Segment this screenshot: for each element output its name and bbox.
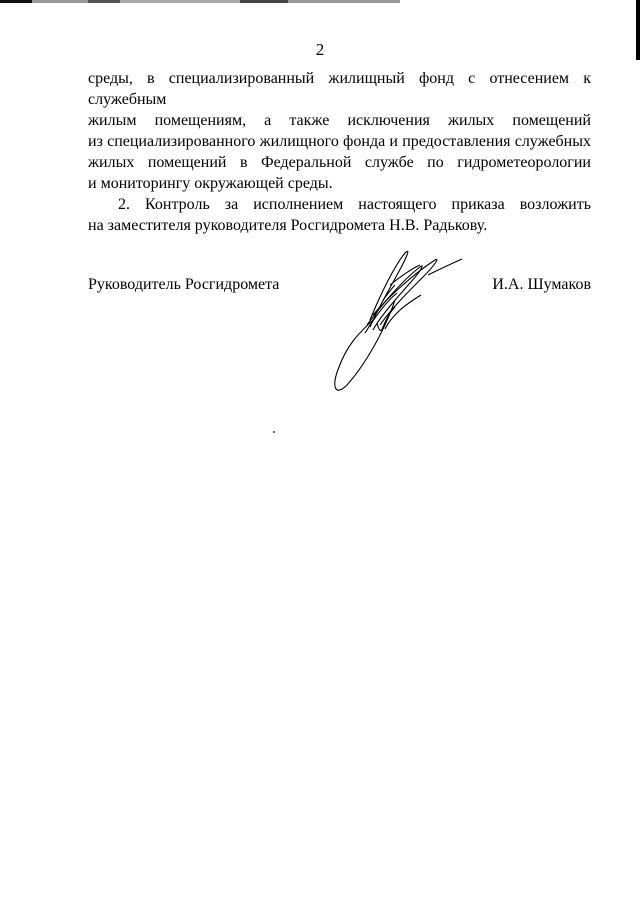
text-line: среды, в специализированный жилищный фон… [88,68,591,110]
text-line: и мониторингу окружающей среды. [88,173,591,194]
paragraph-item-2: 2. Контроль за исполнением настоящего пр… [88,194,591,236]
document-body: среды, в специализированный жилищный фон… [88,68,591,236]
signatory-name: И.А. Шумаков [492,276,591,294]
page-number: 2 [0,40,640,60]
text-line: жилых помещений в Федеральной службе по … [88,152,591,173]
text-line: жилым помещениям, а также исключения жил… [88,110,591,131]
text-line: на заместителя руководителя Росгидромета… [88,215,591,236]
text-line: из специализированного жилищного фонда и… [88,131,591,152]
paragraph-continuation: среды, в специализированный жилищный фон… [88,68,591,194]
scan-speck [273,431,275,433]
text-line: 2. Контроль за исполнением настоящего пр… [88,194,591,215]
scan-edge-artifact [0,0,400,3]
signatory-title: Руководитель Росгидромета [88,276,279,294]
handwritten-signature-icon [325,245,475,395]
